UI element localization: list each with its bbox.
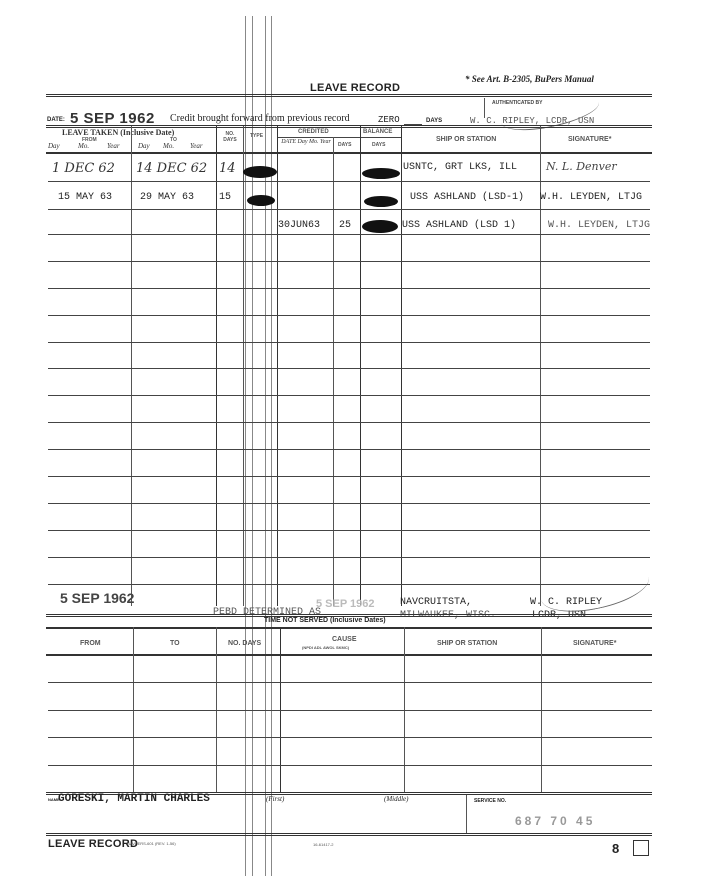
- from-year-header: Year: [107, 142, 120, 150]
- tns-ship-station-header: SHIP OR STATION: [437, 640, 497, 647]
- from-mo-header: Mo.: [78, 142, 89, 150]
- row-line: [48, 315, 650, 316]
- auth-divider: [484, 98, 485, 118]
- pebd-stamp-mid: 5 SEP 1962: [316, 598, 375, 610]
- row1-to: 14 DEC 62: [136, 161, 207, 176]
- footer-rule: [46, 833, 652, 836]
- type-header: TYPE: [250, 133, 263, 139]
- row3-credited-days: 25: [339, 220, 351, 231]
- row2-from: 15 MAY 63: [58, 192, 112, 203]
- col-divider: [333, 137, 334, 606]
- row1-balance-redaction: [362, 168, 400, 179]
- tns-to-header: TO: [170, 640, 180, 647]
- name-value: GORESKI, MARTIN CHARLES: [58, 793, 210, 805]
- row-line: [48, 557, 650, 558]
- credit-forward-value: ZERO: [378, 115, 400, 125]
- row2-signature: W.H. LEYDEN, LTJG: [540, 192, 642, 203]
- row-line: [48, 395, 650, 396]
- row-line: [48, 530, 650, 531]
- to-year-header: Year: [190, 142, 203, 150]
- footer-print-code: 16-61417-2: [313, 842, 333, 847]
- leave-taken-header: LEAVE TAKEN (Inclusive Date): [62, 128, 174, 137]
- signature-header: SIGNATURE*: [568, 136, 611, 143]
- service-no-value: 687 70 45: [515, 814, 595, 828]
- row1-type-redaction: [243, 166, 277, 178]
- tns-signature-header: SIGNATURE*: [573, 640, 616, 647]
- reference-note: * See Art. B-2305, BuPers Manual: [465, 74, 594, 84]
- row-line: [48, 503, 650, 504]
- days-label: DAYS: [426, 118, 442, 124]
- tns-from-header: FROM: [80, 640, 101, 647]
- scan-line: [265, 16, 266, 876]
- footer-form-title: LEAVE RECORD: [48, 838, 138, 850]
- tns-header-rule: [46, 654, 652, 656]
- credited-underline: [277, 137, 360, 138]
- col-divider: [243, 126, 244, 606]
- row3-balance-redaction: [362, 220, 398, 233]
- row-line: [48, 682, 652, 683]
- row2-ship-station: USS ASHLAND (LSD-1): [410, 192, 524, 203]
- row-line: [48, 234, 650, 235]
- col-divider: [277, 126, 278, 606]
- tns-cause-header: CAUSE: [332, 636, 357, 643]
- row-line: [48, 261, 650, 262]
- row-line: [48, 342, 650, 343]
- row-line: [48, 288, 650, 289]
- row2-no-days: 15: [219, 192, 231, 203]
- footer-form-number: NAVPERS-601 (REV. 1-56): [127, 841, 176, 846]
- scan-line: [252, 16, 253, 876]
- credit-forward-label: Credit brought forward from previous rec…: [170, 113, 350, 124]
- ship-station-header: SHIP OR STATION: [436, 136, 496, 143]
- tns-title-rule: [46, 627, 652, 629]
- row-line: [48, 765, 652, 766]
- row-line: [48, 449, 650, 450]
- credited-date-header: DATE Day Mo. Year: [279, 139, 333, 145]
- row3-signature: W.H. LEYDEN, LTJG: [548, 220, 650, 231]
- balance-days-header: DAYS: [372, 142, 385, 148]
- to-mo-header: Mo.: [163, 142, 174, 150]
- row2-to: 29 MAY 63: [140, 192, 194, 203]
- page-number: 8: [612, 841, 619, 856]
- row1-ship-station: USNTC, GRT LKS, ILL: [403, 162, 517, 173]
- tns-title: TIME NOT SERVED (Inclusive Dates): [264, 617, 386, 624]
- row1-no-days: 14: [219, 161, 236, 176]
- balance-underline: [360, 137, 401, 138]
- row-line: [48, 710, 652, 711]
- col-divider: [216, 126, 217, 606]
- from-day-header: Day: [48, 142, 60, 150]
- col-divider: [401, 126, 402, 606]
- scan-line: [245, 16, 246, 876]
- service-no-divider: [466, 795, 467, 833]
- row-line: [48, 181, 650, 182]
- credited-days-header: DAYS: [338, 142, 351, 148]
- pebd-stamp-left: 5 SEP 1962: [60, 590, 134, 606]
- row-line: [48, 737, 652, 738]
- row3-credited-date: 30JUN63: [278, 220, 320, 231]
- row-line: [48, 368, 650, 369]
- to-day-header: Day: [138, 142, 150, 150]
- balance-header: BALANCE: [363, 129, 392, 135]
- date-label: DATE:: [47, 117, 65, 123]
- col-divider: [360, 126, 361, 606]
- form-title: LEAVE RECORD: [310, 82, 400, 94]
- no-days-header: NO. DAYS: [219, 131, 241, 143]
- row2-balance-redaction: [364, 196, 398, 207]
- row3-ship-station: USS ASHLAND (LSD 1): [402, 220, 516, 231]
- row-line: [48, 422, 650, 423]
- row2-type-redaction: [247, 195, 275, 206]
- service-no-label: SERVICE NO.: [474, 798, 506, 804]
- col-divider: [131, 126, 132, 606]
- credited-header: CREDITED: [298, 129, 329, 135]
- tns-no-days-header: NO. DAYS: [228, 640, 261, 647]
- table-header-rule: [46, 152, 652, 154]
- first-label: (First): [266, 795, 284, 803]
- scan-line: [271, 16, 272, 876]
- middle-label: (Middle): [384, 795, 409, 803]
- row-line: [48, 476, 650, 477]
- page-checkbox[interactable]: [633, 840, 649, 856]
- row1-from: 1 DEC 62: [52, 161, 115, 176]
- row1-signature: N. L. Denver: [546, 160, 617, 173]
- pebd-station-line1: NAVCRUITSTA,: [400, 597, 472, 608]
- tns-cause-sub-header: (NPDI ADL AWOL SKMC): [302, 645, 349, 650]
- row-line: [48, 209, 650, 210]
